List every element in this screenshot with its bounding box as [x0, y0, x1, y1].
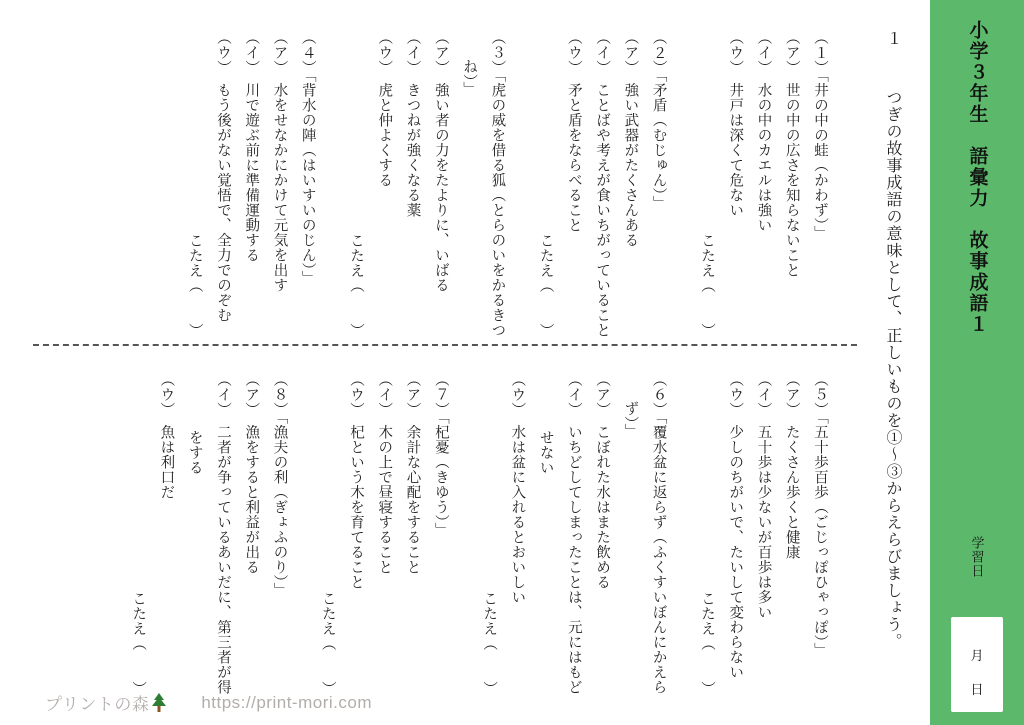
question-6: （６）「覆水盆に返らず（ふくすいぼんにかえらず）」 （ア） こぼれた水はまた飲め…: [475, 372, 673, 696]
option-b: （イ） 二者が争っているあいだに、第三者が得をする: [180, 372, 237, 696]
question-5: （５）「五十歩百歩（ごじっぽひゃっぽ）」 （ア） たくさん歩くと健康 （イ） 五…: [693, 372, 834, 696]
section-divider: [33, 344, 857, 346]
option-b: （イ） いちどしてしまったことは、元にはもどせない: [531, 372, 588, 696]
answer-blank: こたえ（ ）: [693, 30, 721, 338]
answer-blank: こたえ（ ）: [180, 30, 208, 338]
answer-blank: こたえ（ ）: [531, 30, 559, 338]
option-b: （イ） ことばや考えが食いちがっていること: [588, 30, 616, 338]
month-label: 月: [970, 645, 983, 664]
option-a: （ア） たくさん歩くと健康: [777, 372, 805, 696]
question-title: （６）「覆水盆に返らず（ふくすいぼんにかえらず）」: [616, 372, 673, 696]
question-4: （４）「背水の陣（はいすいのじん）」 （ア） 水をせなかにかけて元気を出す （イ…: [180, 30, 321, 338]
question-title: （５）「五十歩百歩（ごじっぽひゃっぽ）」: [806, 372, 834, 696]
option-c: （ウ） 矛と盾をならべること: [560, 30, 588, 338]
question-title: （２）「矛盾（むじゅん）」: [644, 30, 672, 338]
question-title: （７）「杞憂（きゆう）」: [427, 372, 455, 696]
questions-bottom-section: （５）「五十歩百歩（ごじっぽひゃっぽ）」 （ア） たくさん歩くと健康 （イ） 五…: [104, 372, 834, 696]
day-label: 日: [970, 679, 983, 698]
study-date-label: 学習日: [968, 536, 987, 578]
question-title: （３）「虎の威を借る狐（とらのいをかるきつね）」: [455, 30, 512, 338]
answer-blank: こたえ（ ）: [124, 372, 152, 696]
option-a: （ア） こぼれた水はまた飲める: [588, 372, 616, 696]
option-b: （イ） 木の上で昼寝すること: [370, 372, 398, 696]
answer-blank: こたえ（ ）: [475, 372, 503, 696]
option-a: （ア） 漁をすると利益が出る: [237, 372, 265, 696]
side-banner: 小学３年生 語彙力 故事成語１ 学習日 月 日: [930, 0, 1024, 725]
option-c: （ウ） 杞という木を育てること: [342, 372, 370, 696]
answer-blank: こたえ（ ）: [693, 372, 721, 696]
question-8: （８）「漁夫の利（ぎょふのり）」 （ア） 漁をすると利益が出る （イ） 二者が争…: [124, 372, 294, 696]
option-c: （ウ） 虎と仲よくする: [370, 30, 398, 338]
question-1: （１）「井の中の蛙（かわず）」 （ア） 世の中の広さを知らないこと （イ） 水の…: [693, 30, 834, 338]
worksheet-title: 小学３年生 語彙力 故事成語１: [964, 20, 991, 335]
question-title: （４）「背水の陣（はいすいのじん）」: [293, 30, 321, 338]
option-c: （ウ） もう後がない覚悟で、全力でのぞむ: [209, 30, 237, 338]
answer-blank: こたえ（ ）: [342, 30, 370, 338]
question-title: （１）「井の中の蛙（かわず）」: [806, 30, 834, 338]
footer: プリントの森 https://print-mori.com: [45, 690, 372, 715]
option-b: （イ） 水の中のカエルは強い: [749, 30, 777, 338]
option-c: （ウ） 少しのちがいで、たいして変わらない: [721, 372, 749, 696]
option-a: （ア） 強い者の力をたよりに、いばる: [427, 30, 455, 338]
instruction: １つぎの故事成語の意味として、正しいものを①〜③からえらびましょう。: [879, 30, 905, 720]
question-7: （７）「杞憂（きゆう）」 （ア） 余計な心配をすること （イ） 木の上で昼寝する…: [313, 372, 454, 696]
date-entry-box: 月 日: [951, 617, 1003, 712]
option-c: （ウ） 水は盆に入れるとおいしい: [503, 372, 531, 696]
question-2: （２）「矛盾（むじゅん）」 （ア） 強い武器がたくさんある （イ） ことばや考え…: [531, 30, 672, 338]
option-c: （ウ） 魚は利口だ: [152, 372, 180, 696]
option-a: （ア） 世の中の広さを知らないこと: [777, 30, 805, 338]
option-a: （ア） 強い武器がたくさんある: [616, 30, 644, 338]
option-b: （イ） 五十歩は少ないが百歩は多い: [749, 372, 777, 696]
option-a: （ア） 水をせなかにかけて元気を出す: [265, 30, 293, 338]
answer-blank: こたえ（ ）: [313, 372, 341, 696]
question-title: （８）「漁夫の利（ぎょふのり）」: [265, 372, 293, 696]
site-name: プリントの森: [45, 690, 149, 715]
instruction-text: つぎの故事成語の意味として、正しいものを①〜③からえらびましょう。: [884, 89, 901, 650]
instruction-number: １: [884, 30, 901, 89]
option-a: （ア） 余計な心配をすること: [398, 372, 426, 696]
option-c: （ウ） 井戸は深くて危ない: [721, 30, 749, 338]
tree-icon: [151, 693, 167, 712]
question-3: （３）「虎の威を借る狐（とらのいをかるきつね）」 （ア） 強い者の力をたよりに、…: [342, 30, 512, 338]
option-b: （イ） 川で遊ぶ前に準備運動する: [237, 30, 265, 338]
option-b: （イ） きつねが強くなる薬: [398, 30, 426, 338]
questions-top-section: （１）「井の中の蛙（かわず）」 （ア） 世の中の広さを知らないこと （イ） 水の…: [160, 30, 834, 338]
site-url[interactable]: https://print-mori.com: [201, 693, 372, 713]
